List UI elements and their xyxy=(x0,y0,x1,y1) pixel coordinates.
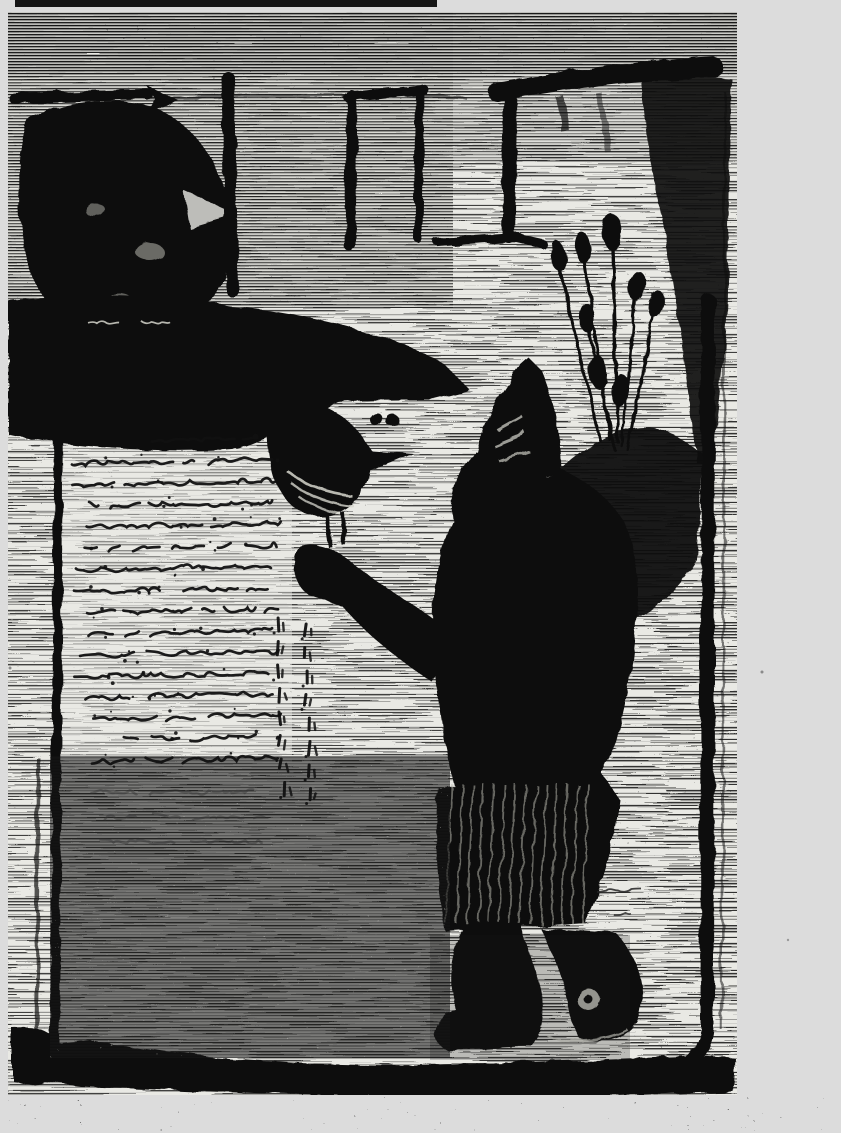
mark-cluster xyxy=(310,700,311,706)
frame-gate-left-hook xyxy=(508,236,541,243)
margin-fleck xyxy=(787,939,789,941)
bird-leg xyxy=(342,512,344,545)
frame-stroke-top-left xyxy=(14,95,148,98)
frame-stroke-vertical-1 xyxy=(228,78,232,290)
mark-cluster xyxy=(278,665,279,677)
mark-dot xyxy=(301,638,304,641)
mark-cluster xyxy=(278,618,279,631)
arrow-head xyxy=(602,214,622,250)
mark-cluster xyxy=(308,742,310,756)
mark-cluster xyxy=(284,741,285,750)
underskirt-wash xyxy=(430,935,630,1060)
mark-cluster xyxy=(279,712,281,725)
mark-cluster xyxy=(310,789,311,800)
bottom-speckle-band xyxy=(8,1097,832,1131)
mark-dot xyxy=(272,679,275,682)
mark-cluster xyxy=(279,759,281,768)
mark-dot xyxy=(279,796,282,799)
margin-fleck xyxy=(9,667,12,670)
mark-cluster xyxy=(279,689,280,703)
mark-dot xyxy=(302,685,305,688)
frame-rect-left-leg xyxy=(350,96,352,246)
mark-cluster xyxy=(310,653,311,661)
mark-cluster xyxy=(282,647,284,654)
frame-rect-top-bar xyxy=(348,90,424,97)
blob-speckle xyxy=(136,243,164,261)
frame-rect-bottom-bar xyxy=(438,237,508,242)
mark-dot xyxy=(305,802,308,805)
mark-cluster xyxy=(314,723,315,730)
mark-cluster xyxy=(283,623,284,631)
mark-cluster xyxy=(284,783,285,796)
mark-cluster xyxy=(314,770,315,777)
scan-region xyxy=(8,12,737,1097)
mark-dot xyxy=(304,755,307,758)
mark-dot xyxy=(273,632,276,635)
lowerleft-streaks xyxy=(50,756,450,1058)
scanned-manuscript-page: Heavily degraded black-and-white photoco… xyxy=(0,0,841,1133)
mark-dot xyxy=(300,708,303,711)
frame-line-left-outer xyxy=(36,758,38,1052)
manuscript-scan xyxy=(0,0,841,1133)
top-black-bar xyxy=(15,0,437,7)
mark-dot xyxy=(304,779,307,782)
margin-fleck xyxy=(761,671,764,674)
mark-cluster xyxy=(308,765,309,777)
mark-cluster xyxy=(277,642,278,655)
mark-cluster xyxy=(304,695,306,706)
frame-rect-right-leg xyxy=(418,90,420,238)
blob-speckle xyxy=(85,203,105,217)
ink-dot xyxy=(387,415,400,428)
mark-cluster xyxy=(314,794,316,799)
mark-cluster xyxy=(278,736,280,746)
ink-dot xyxy=(370,413,383,426)
mark-cluster xyxy=(304,624,306,636)
frame-gate-left-leg xyxy=(508,90,511,236)
mark-cluster xyxy=(284,717,285,722)
